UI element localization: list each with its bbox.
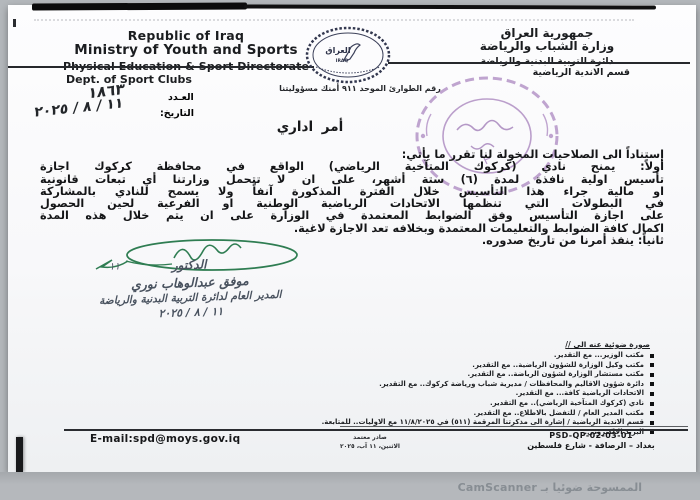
distribution-item-label: مكتب المدير العام / للتفضل بالاطلاع.. مع…	[473, 409, 644, 419]
distribution-item-label: دائرة شؤون الاقاليم والمحافظات / مديرية …	[379, 380, 644, 390]
distribution-item: دائرة شؤون الاقاليم والمحافظات / مديرية …	[240, 380, 660, 390]
letterhead-english-ministry: Ministry of Youth and Sports	[52, 43, 320, 57]
bullet-icon	[650, 363, 654, 367]
signature-block: الدكتور ١١ موفق عبدالوهاب نوري المدير ال…	[54, 253, 326, 323]
scan-artifact-bleedthrough-line	[34, 19, 634, 21]
date-label: التاريخ:	[160, 108, 194, 119]
distribution-item-label: نادي (كركوك المتآخية الرياضي).. مع التقد…	[490, 399, 644, 409]
bullet-icon	[650, 392, 654, 396]
body-paragraph: إستناداً الى الصلاحيات المخولة لنا تقرر …	[40, 149, 664, 247]
scan-artifact-edge-mark	[13, 19, 16, 27]
scan-artifact-top-strip-left	[32, 2, 247, 10]
distribution-item: مكتب المدير العام / للتفضل بالاطلاع.. مع…	[240, 409, 660, 419]
scan-artifact-left-strip	[16, 437, 23, 472]
bullet-icon	[650, 382, 654, 386]
distribution-item: مكتب الوزير... مع التقدير.	[240, 351, 660, 361]
footer-document-code: PSD-QP-02-03-01	[516, 431, 666, 440]
distribution-item: نادي (كركوك المتآخية الرياضي).. مع التقد…	[240, 399, 660, 409]
signature-mark: ١١	[109, 261, 120, 272]
body-line: أولاً: يمنح نادي (كركوك المتآخية الرياضي…	[40, 161, 664, 173]
body-line: على اجازة التأسيس وفق الضوابط المعتمدة ف…	[40, 210, 664, 222]
letterhead-english: Republic of Iraq Ministry of Youth and S…	[52, 29, 320, 85]
footer-issued-line1: صادر معتمد	[325, 433, 415, 442]
camscanner-watermark: الممسوحة ضوئيا بـ CamScanner	[458, 481, 642, 494]
bullet-icon	[650, 373, 654, 377]
distribution-item-label: مكتب وكيل الوزارة للشؤون الرياضية.. مع ا…	[472, 361, 644, 371]
bullet-icon	[650, 354, 654, 358]
distribution-heading: صورة ضوئية عنه الى //	[240, 340, 650, 349]
distribution-item-label: مكتب مستشار الوزارة لشؤون الرياضة.. مع ا…	[467, 370, 644, 380]
distribution-item-label: الاتحادات الرياضية كافة... مع التقدير.	[516, 389, 644, 399]
distribution-item: مكتب وكيل الوزارة للشؤون الرياضية.. مع ا…	[240, 361, 660, 371]
bullet-icon	[650, 411, 654, 415]
letterhead-english-country: Republic of Iraq	[52, 29, 320, 42]
bullet-icon	[650, 421, 654, 425]
distribution-item: مكتب مستشار الوزارة لشؤون الرياضة.. مع ا…	[240, 370, 660, 380]
bullet-icon	[650, 402, 654, 406]
footer-address: بغداد – الرصافة - شارع فلسطين	[516, 441, 666, 450]
ref-number-label: العـدد	[168, 92, 194, 103]
svg-text:العراق: العراق	[325, 46, 350, 55]
scanned-document-view: Republic of Iraq Ministry of Youth and S…	[0, 0, 700, 500]
footer-reference-block: PSD-QP-02-03-01 بغداد – الرصافة - شارع ف…	[516, 431, 666, 450]
document-title: أمر اداري	[240, 119, 380, 135]
distribution-item: الاتحادات الرياضية كافة... مع التقدير.	[240, 389, 660, 399]
ministry-seal-icon: العراق IRAQ	[304, 25, 392, 85]
distribution-item-label: مكتب الوزير... مع التقدير.	[554, 351, 644, 361]
letterhead-english-rule	[8, 66, 314, 68]
footer-rule-secondary	[340, 426, 688, 427]
footer-issued-stamp: صادر معتمد الاثنين، ١١ آب، ٢٠٢٥	[325, 433, 415, 451]
distribution-list: صورة ضوئية عنه الى // مكتب الوزير... مع …	[240, 340, 660, 437]
letterhead-arabic-rule	[388, 62, 690, 64]
letterhead-arabic-ministry: وزارة الشباب والرياضة	[404, 40, 690, 53]
seal-english-text: IRAQ	[336, 58, 349, 64]
footer-email: E-mail:spd@moys.gov.iq	[90, 433, 240, 445]
letterhead-arabic: جمهورية العراق وزارة الشباب والرياضة دائ…	[404, 27, 690, 78]
footer-issued-line2: الاثنين، ١١ آب، ٢٠٢٥	[325, 442, 415, 451]
